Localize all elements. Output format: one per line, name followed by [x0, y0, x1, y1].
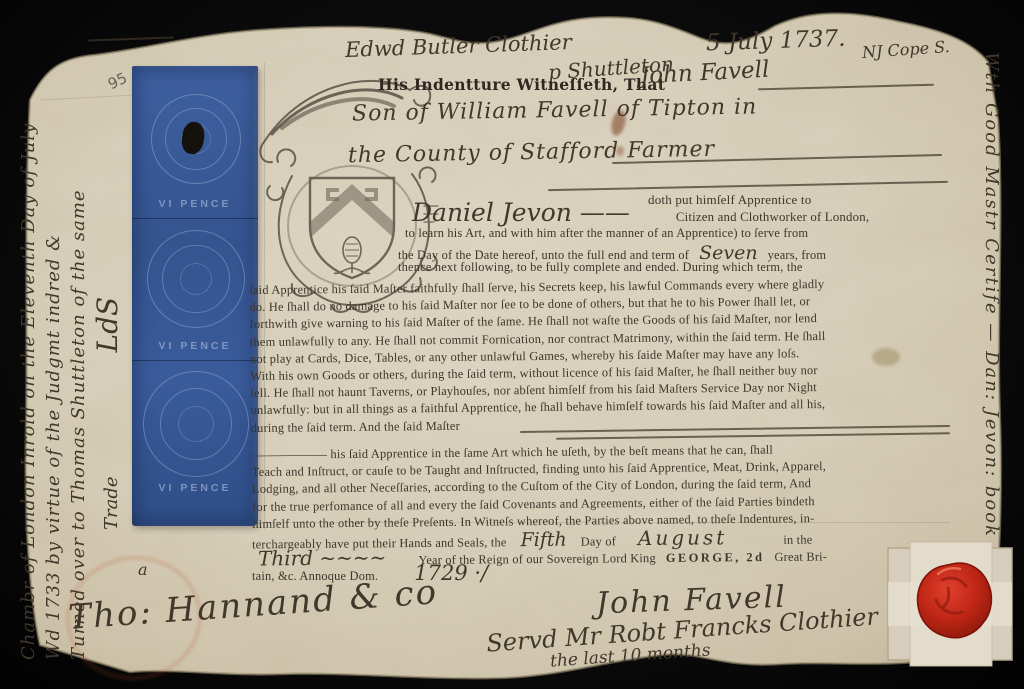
sixpence-revenue-stamp-strip: VI PENCE VI PENCE VI PENCE	[132, 66, 258, 526]
master-name-handwritten: Daniel Jevon ——	[412, 198, 630, 227]
indenture-opening-heading: His Indentture Witneſſeth, That	[378, 75, 665, 94]
printed-covenants-paragraph: ſaid Apprentice his ſaid Maſter faithful…	[249, 276, 826, 437]
endorsement-date: 5 July 1737.	[706, 26, 846, 57]
margin-line-trade: Trade LdS	[91, 123, 124, 660]
printed-citizen-line: Citizen and Clothworker of London,	[676, 210, 869, 224]
stain-mark	[872, 348, 900, 366]
stamp-denomination-text: VI PENCE	[132, 482, 258, 494]
photograph-of-indenture-document: VI PENCE VI PENCE VI PENCE	[0, 0, 1024, 689]
embossed-medallion	[147, 230, 245, 328]
margin-line: Wd 1733 by virtue of the Judgmt indred &	[41, 123, 66, 660]
left-margin-endorsement: Chambr of London Inrold on the Eleventh …	[16, 123, 124, 660]
margin-line: Turned over to Thomas Shuttleton of the …	[66, 123, 91, 660]
embossed-medallion	[143, 371, 249, 477]
stamp-fold-line	[132, 218, 258, 219]
margin-trade-word: Trade	[101, 476, 122, 530]
margin-initials-flourish: LdS	[91, 297, 124, 353]
right-margin-note: Wth Good Mastr Certife — Dan: Jevon: boo…	[981, 52, 1002, 610]
red-wax-seal	[886, 538, 1018, 670]
margin-line: Wth Good Mastr Certife — Dan: Jevon: boo…	[981, 52, 1002, 610]
stamp-denomination-text: VI PENCE	[132, 198, 258, 210]
stamp-fold-line	[132, 360, 258, 361]
stamp-denomination-text: VI PENCE	[132, 340, 258, 352]
margin-line: Chambr of London Inrold on the Eleventh …	[16, 123, 41, 660]
wax-blob	[917, 563, 991, 638]
printed-king-name: GEORGE, 2d	[666, 550, 765, 565]
printed-line: to learn his Art, and with him after the…	[405, 226, 808, 241]
master-name-line: Daniel Jevon —— Citizen and Clothworker …	[412, 198, 869, 227]
printed-master-obligations-paragraph: —————— his ſaid Apprentice in the ſame A…	[252, 441, 827, 533]
printed-line: thence next following, to be fully compl…	[398, 260, 803, 275]
printed-great-britain: Great Bri-	[774, 550, 827, 564]
clothworkers-arms-woodcut	[252, 58, 452, 316]
signature-superscript: a	[138, 560, 148, 579]
